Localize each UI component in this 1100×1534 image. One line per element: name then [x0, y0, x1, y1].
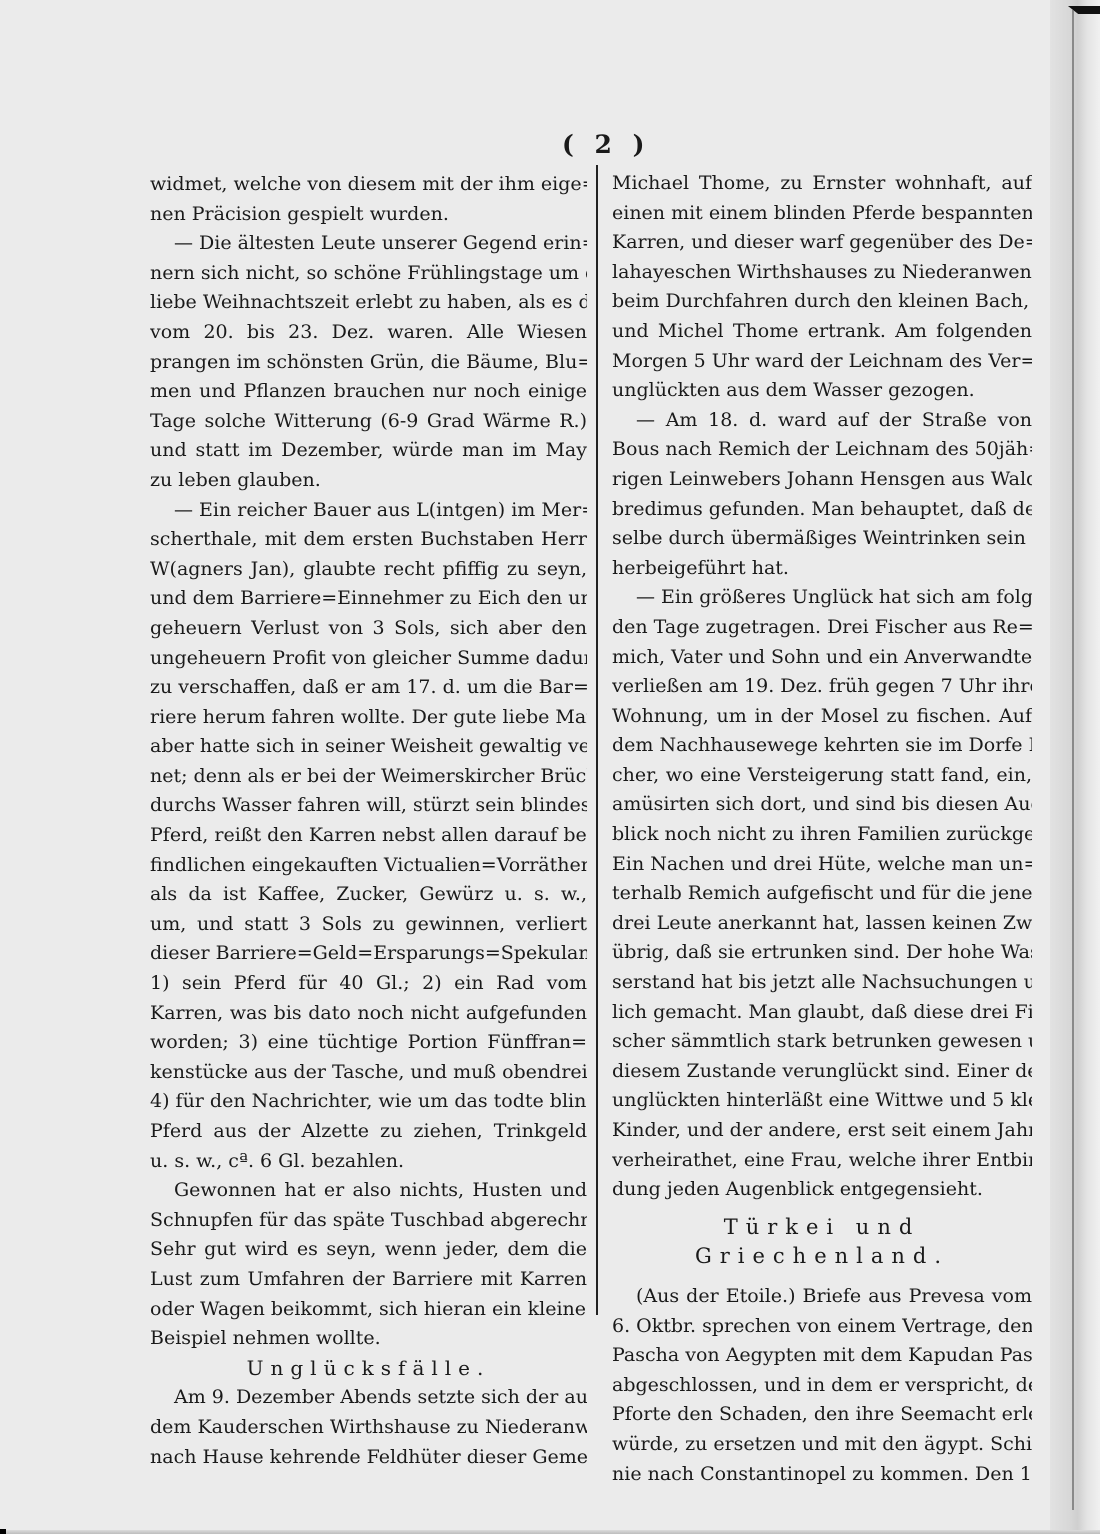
text-line: riere herum fahren wollte. Der gute lieb…	[150, 703, 587, 733]
text-line: nie nach Constantinopel zu kommen. Den 1…	[612, 1460, 1032, 1490]
text-line: 4) für den Nachrichter, wie um das todte…	[150, 1087, 587, 1117]
text-line: lich gemacht. Man glaubt, daß diese drei…	[612, 998, 1032, 1028]
text-line: den Tage zugetragen. Drei Fischer aus Re…	[612, 613, 1032, 643]
text-line: beim Durchfahren durch den kleinen Bach,…	[612, 287, 1032, 317]
text-line: serstand hat bis jetzt alle Nachsuchunge…	[612, 968, 1032, 998]
text-line: Karren, was bis dato noch nicht aufgefun…	[150, 999, 587, 1029]
text-line: einen mit einem blinden Pferde bespannte…	[612, 199, 1032, 229]
text-line: scher sämmtlich stark betrunken gewesen …	[612, 1027, 1032, 1057]
text-line: Tage solche Witterung (6-9 Grad Wärme R.…	[150, 407, 587, 437]
text-line: worden; 3) eine tüchtige Portion Fünffra…	[150, 1028, 587, 1058]
text-line: verließen am 19. Dez. früh gegen 7 Uhr i…	[612, 672, 1032, 702]
text-line: net; denn als er bei der Weimerskircher …	[150, 762, 587, 792]
text-line: liebe Weihnachtszeit erlebt zu haben, al…	[150, 288, 587, 318]
text-line: selbe durch übermäßiges Weintrinken sein…	[612, 524, 1032, 554]
text-line: verheirathet, eine Frau, welche ihrer En…	[612, 1146, 1032, 1176]
text-line: unglückten hinterläßt eine Wittwe und 5 …	[612, 1086, 1032, 1116]
text-line: bredimus gefunden. Man behauptet, daß de…	[612, 495, 1032, 525]
text-line: prangen im schönsten Grün, die Bäume, Bl…	[150, 348, 587, 378]
text-line: scherthale, mit dem ersten Buchstaben He…	[150, 525, 587, 555]
text-line: nen Präcision gespielt wurden.	[150, 200, 587, 230]
text-line: Kinder, und der andere, erst seit einem …	[612, 1116, 1032, 1146]
text-line: Pferd aus der Alzette zu ziehen, Trinkge…	[150, 1117, 587, 1147]
text-line: oder Wagen beikommt, sich hieran ein kle…	[150, 1295, 587, 1325]
right-column: Michael Thome, zu Ernster wohnhaft, auf …	[612, 169, 1032, 1489]
text-line: Pascha von Aegypten mit dem Kapudan Pasc…	[612, 1341, 1032, 1371]
page-binding-edge	[1050, 0, 1100, 1534]
text-line: durchs Wasser fahren will, stürzt sein b…	[150, 791, 587, 821]
text-line: dieser Barriere=Geld=Ersparungs=Spekulan…	[150, 939, 587, 969]
text-line: Am 9. Dezember Abends setzte sich der au…	[150, 1383, 587, 1413]
text-line: vom 20. bis 23. Dez. waren. Alle Wiesen	[150, 318, 587, 348]
text-line: kenstücke aus der Tasche, und muß obendr…	[150, 1058, 587, 1088]
text-line: u. s. w., cª. 6 Gl. bezahlen.	[150, 1147, 587, 1177]
text-line: Karren, und dieser warf gegenüber des De…	[612, 228, 1032, 258]
text-line: Ein Nachen und drei Hüte, welche man un=	[612, 850, 1032, 880]
text-line: Pferd, reißt den Karren nebst allen dara…	[150, 821, 587, 851]
section-heading-turkey-greece: Türkei und Griechenland.	[612, 1213, 1032, 1272]
text-line: würde, zu ersetzen und mit den ägypt. Sc…	[612, 1430, 1032, 1460]
text-line: W(agners Jan), glaubte recht pfiffig zu …	[150, 555, 587, 585]
text-line: findlichen eingekauften Victualien=Vorrä…	[150, 851, 587, 881]
text-line: (Aus der Etoile.) Briefe aus Prevesa vom	[612, 1282, 1032, 1312]
section-heading-accidents: Unglücksfälle.	[150, 1354, 587, 1384]
text-line: 6. Oktbr. sprechen von einem Vertrage, d…	[612, 1312, 1032, 1342]
scan-corner-mark	[0, 1529, 6, 1534]
text-line: widmet, welche von diesem mit der ihm ei…	[150, 170, 587, 200]
text-line: — Ein größeres Unglück hat sich am folge…	[612, 583, 1032, 613]
text-line: Morgen 5 Uhr ward der Leichnam des Ver=	[612, 347, 1032, 377]
text-line: übrig, daß sie ertrunken sind. Der hohe …	[612, 938, 1032, 968]
page-number: ( 2 )	[562, 130, 650, 159]
text-line: cher, wo eine Versteigerung statt fand, …	[612, 761, 1032, 791]
text-line: Sehr gut wird es seyn, wenn jeder, dem d…	[150, 1235, 587, 1265]
text-line: um, und statt 3 Sols zu gewinnen, verlie…	[150, 910, 587, 940]
text-line: amüsirten sich dort, und sind bis diesen…	[612, 790, 1032, 820]
text-line: diesem Zustande verunglückt sind. Einer …	[612, 1057, 1032, 1087]
left-column: widmet, welche von diesem mit der ihm ei…	[150, 170, 587, 1472]
text-line: — Ein reicher Bauer aus L(intgen) im Mer…	[150, 496, 587, 526]
text-line: und statt im Dezember, würde man im May	[150, 436, 587, 466]
text-line: dung jeden Augenblick entgegensieht.	[612, 1175, 1032, 1205]
text-line: mich, Vater und Sohn und ein Anverwandte…	[612, 643, 1032, 673]
text-line: und dem Barriere=Einnehmer zu Eich den u…	[150, 584, 587, 614]
text-line: Beispiel nehmen wollte.	[150, 1324, 587, 1354]
text-line: aber hatte sich in seiner Weisheit gewal…	[150, 732, 587, 762]
text-line: Bous nach Remich der Leichnam des 50jäh=	[612, 435, 1032, 465]
text-line: als da ist Kaffee, Zucker, Gewürz u. s. …	[150, 880, 587, 910]
scanned-newspaper-page: ( 2 ) widmet, welche von diesem mit der …	[0, 0, 1100, 1534]
text-line: Pforte den Schaden, den ihre Seemacht er…	[612, 1400, 1032, 1430]
text-line: Schnupfen für das späte Tuschbad abgerec…	[150, 1206, 587, 1236]
text-line: dem Kauderschen Wirthshause zu Niederanw…	[150, 1413, 587, 1443]
text-line: terhalb Remich aufgefischt und für die j…	[612, 879, 1032, 909]
text-line: unglückten aus dem Wasser gezogen.	[612, 376, 1032, 406]
text-line: geheuern Verlust von 3 Sols, sich aber d…	[150, 614, 587, 644]
text-line: blick noch nicht zu ihren Familien zurüc…	[612, 820, 1032, 850]
text-line: zu leben glauben.	[150, 466, 587, 496]
text-line: Gewonnen hat er also nichts, Husten und	[150, 1176, 587, 1206]
text-line: lahayeschen Wirthshauses zu Niederanwen,	[612, 258, 1032, 288]
text-line: rigen Leinwebers Johann Hensgen aus Wald…	[612, 465, 1032, 495]
page-bottom-edge	[0, 1530, 1100, 1534]
column-divider-rule	[596, 165, 598, 1315]
text-line: drei Leute anerkannt hat, lassen keinen …	[612, 909, 1032, 939]
text-line: herbeigeführt hat.	[612, 554, 1032, 584]
text-line: — Die ältesten Leute unserer Gegend erin…	[150, 229, 587, 259]
text-line: abgeschlossen, und in dem er verspricht,…	[612, 1371, 1032, 1401]
text-line: men und Pflanzen brauchen nur noch einig…	[150, 377, 587, 407]
text-line: Wohnung, um in der Mosel zu fischen. Auf	[612, 702, 1032, 732]
text-line: und Michel Thome ertrank. Am folgenden	[612, 317, 1032, 347]
text-line: nern sich nicht, so schöne Frühlingstage…	[150, 259, 587, 289]
text-line: zu verschaffen, daß er am 17. d. um die …	[150, 673, 587, 703]
text-line: dem Nachhausewege kehrten sie im Dorfe M…	[612, 731, 1032, 761]
binding-fold-line	[1072, 10, 1074, 1510]
text-line: Lust zum Umfahren der Barriere mit Karre…	[150, 1265, 587, 1295]
text-line: — Am 18. d. ward auf der Straße von	[612, 406, 1032, 436]
text-line: Michael Thome, zu Ernster wohnhaft, auf	[612, 169, 1032, 199]
text-line: ungeheuern Profit von gleicher Summe dad…	[150, 644, 587, 674]
text-line: nach Hause kehrende Feldhüter dieser Gem…	[150, 1443, 587, 1473]
text-line: 1) sein Pferd für 40 Gl.; 2) ein Rad vom	[150, 969, 587, 999]
